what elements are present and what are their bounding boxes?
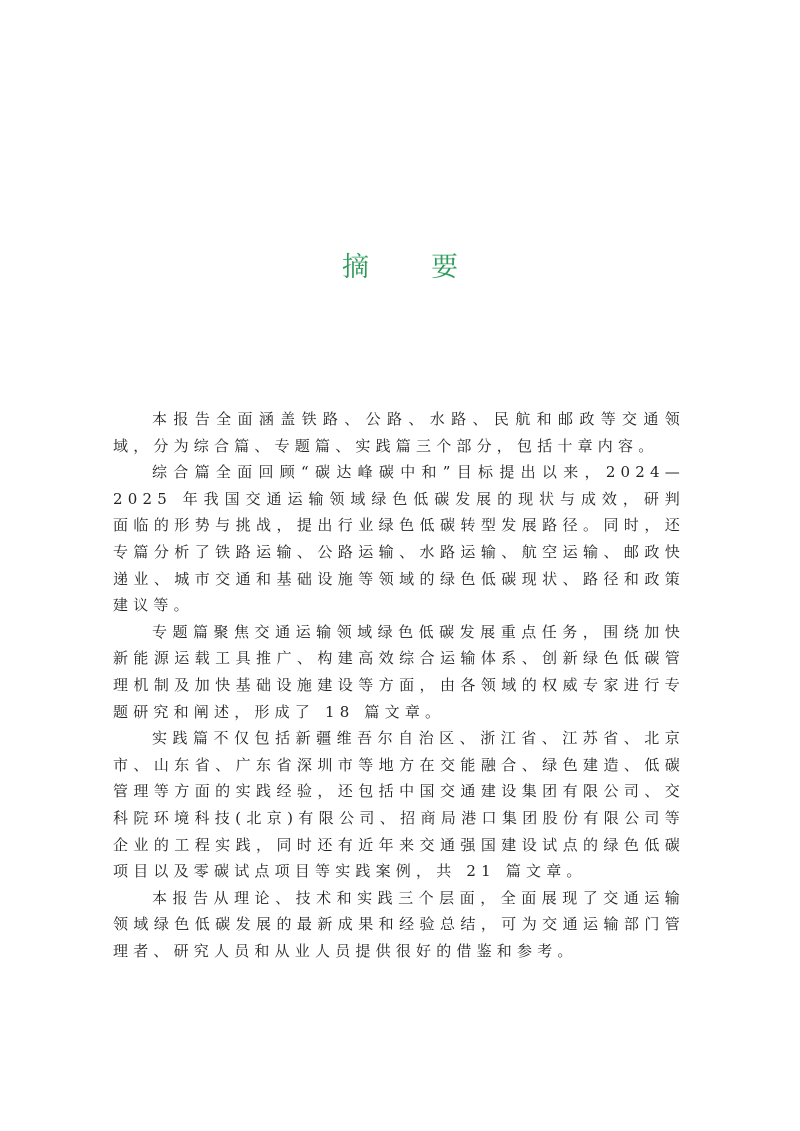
paragraph-overview: 本报告全面涵盖铁路、公路、水路、民航和邮政等交通领域，分为综合篇、专题篇、实践篇… bbox=[113, 406, 685, 459]
paragraph-conclusion: 本报告从理论、技术和实践三个层面，全面展现了交通运输领域绿色低碳发展的最新成果和… bbox=[113, 885, 685, 965]
title-char-1: 摘 bbox=[342, 250, 369, 286]
paragraph-comprehensive: 综合篇全面回顾“碳达峰碳中和”目标提出以来，2024—2025 年我国交通运输领… bbox=[113, 459, 685, 619]
abstract-body: 本报告全面涵盖铁路、公路、水路、民航和邮政等交通领域，分为综合篇、专题篇、实践篇… bbox=[113, 406, 685, 964]
title-char-2: 要 bbox=[431, 250, 458, 286]
paragraph-practice: 实践篇不仅包括新疆维吾尔自治区、浙江省、江苏省、北京市、山东省、广东省深圳市等地… bbox=[113, 725, 685, 885]
page-title: 摘要 bbox=[0, 250, 800, 286]
paragraph-special-topics: 专题篇聚焦交通运输领域绿色低碳发展重点任务，围绕加快新能源运载工具推广、构建高效… bbox=[113, 619, 685, 725]
